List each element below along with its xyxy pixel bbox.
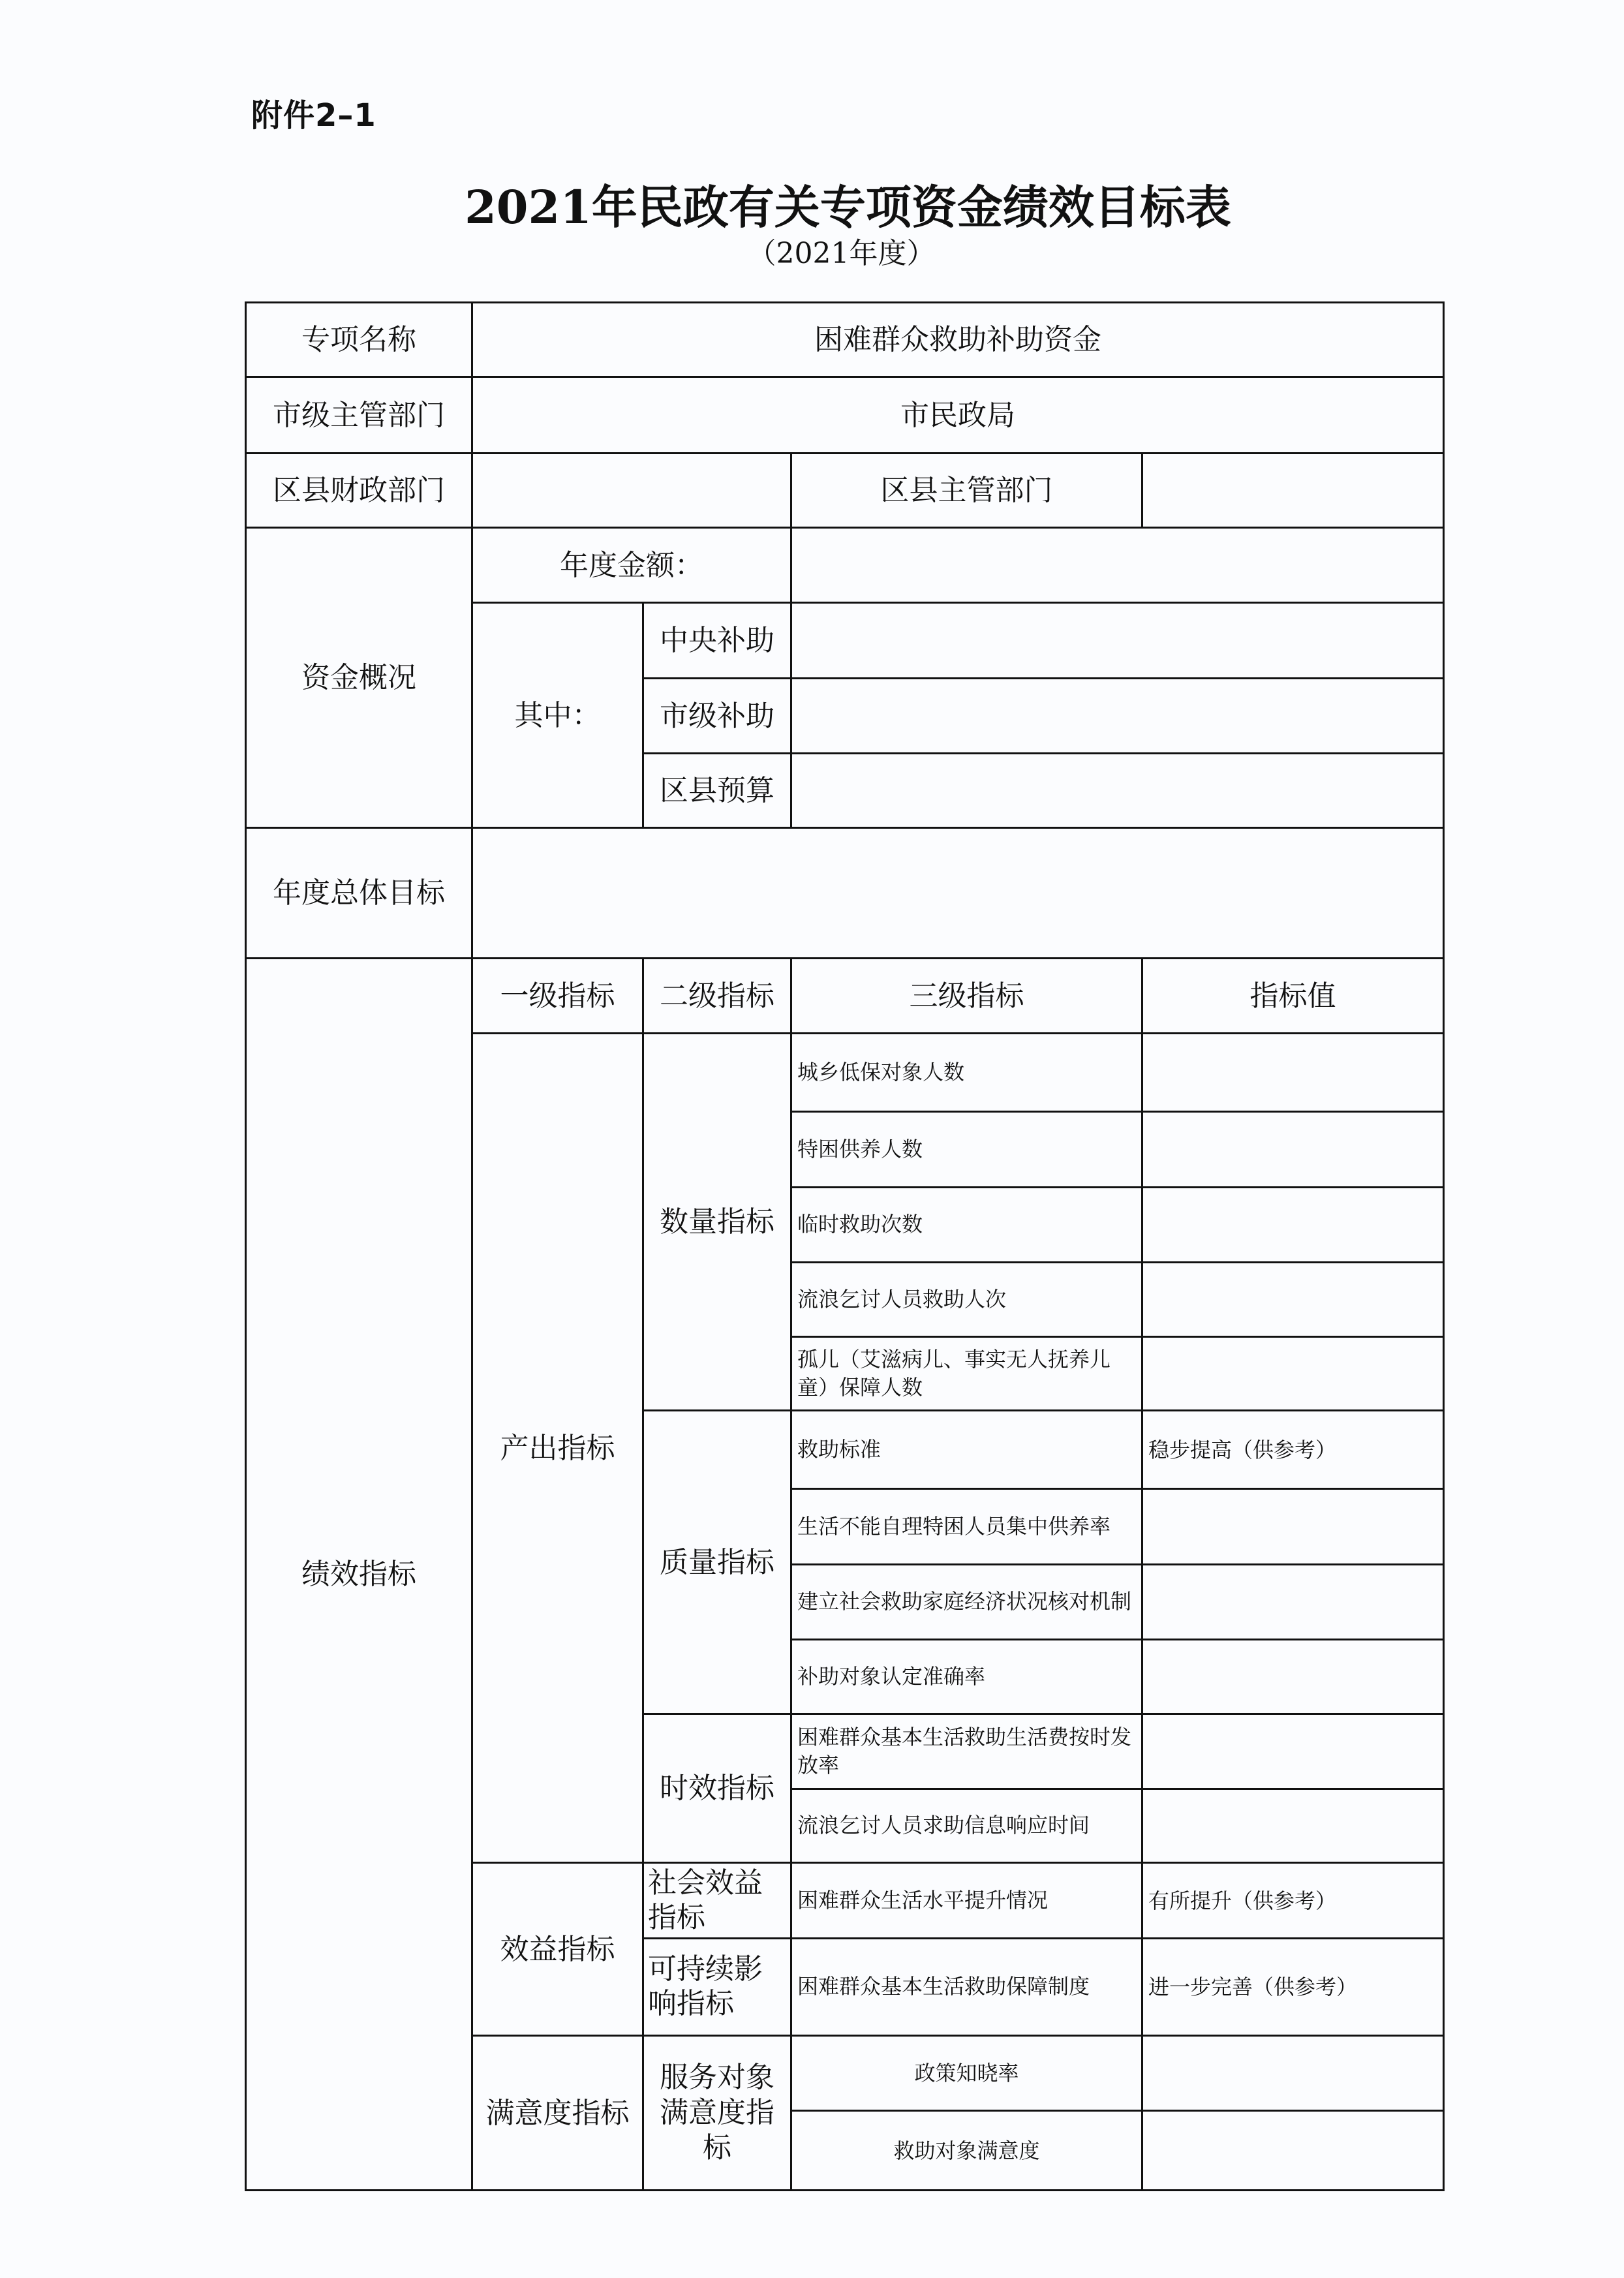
level2-service-satisfaction: 服务对象满意度指标 bbox=[643, 2036, 791, 2191]
annual-amount-value[interactable] bbox=[791, 528, 1444, 603]
indicator-name: 救助对象满意度 bbox=[791, 2111, 1142, 2191]
level2-social-benefit: 社会效益指标 bbox=[643, 1863, 791, 1939]
indicator-name: 流浪乞讨人员求助信息响应时间 bbox=[791, 1789, 1142, 1863]
central-subsidy-label: 中央补助 bbox=[643, 603, 791, 679]
indicator-name: 流浪乞讨人员救助人次 bbox=[791, 1263, 1142, 1337]
level2-quality: 质量指标 bbox=[643, 1411, 791, 1714]
header-level3: 三级指标 bbox=[791, 959, 1142, 1034]
attachment-label: 附件2–1 bbox=[251, 90, 376, 135]
indicator-name: 孤儿（艾滋病儿、事实无人抚养儿童）保障人数 bbox=[791, 1337, 1142, 1411]
indicator-value[interactable]: 有所提升（供参考） bbox=[1142, 1863, 1444, 1939]
annual-goal-label: 年度总体目标 bbox=[246, 828, 472, 959]
district-dept-value[interactable] bbox=[1142, 454, 1444, 528]
project-name-value[interactable]: 困难群众救助补助资金 bbox=[472, 303, 1444, 377]
district-budget-label: 区县预算 bbox=[643, 754, 791, 828]
indicator-value[interactable] bbox=[1142, 1714, 1444, 1789]
district-finance-label: 区县财政部门 bbox=[246, 454, 472, 528]
performance-indicators-label: 绩效指标 bbox=[246, 959, 472, 2191]
district-budget-value[interactable] bbox=[791, 754, 1444, 828]
row-annual-amount: 资金概况 年度金额： bbox=[246, 528, 1444, 603]
indicator-name: 特困供养人数 bbox=[791, 1112, 1142, 1188]
city-subsidy-label: 市级补助 bbox=[643, 679, 791, 754]
row-district-depts: 区县财政部门 区县主管部门 bbox=[246, 454, 1444, 528]
row-city-dept: 市级主管部门 市民政局 bbox=[246, 377, 1444, 454]
indicator-name: 生活不能自理特困人员集中供养率 bbox=[791, 1489, 1142, 1565]
city-dept-label: 市级主管部门 bbox=[246, 377, 472, 454]
indicator-value[interactable] bbox=[1142, 1188, 1444, 1263]
indicator-value[interactable] bbox=[1142, 1489, 1444, 1565]
city-dept-value[interactable]: 市民政局 bbox=[472, 377, 1444, 454]
indicator-value[interactable] bbox=[1142, 1263, 1444, 1337]
level1-benefit: 效益指标 bbox=[472, 1863, 643, 2036]
indicator-name: 城乡低保对象人数 bbox=[791, 1034, 1142, 1112]
level1-output: 产出指标 bbox=[472, 1034, 643, 1863]
indicator-value[interactable]: 稳步提高（供参考） bbox=[1142, 1411, 1444, 1489]
header-level1: 一级指标 bbox=[472, 959, 643, 1034]
funds-overview-label: 资金概况 bbox=[246, 528, 472, 828]
central-subsidy-value[interactable] bbox=[791, 603, 1444, 679]
indicator-name: 困难群众基本生活救助保障制度 bbox=[791, 1939, 1142, 2036]
header-value: 指标值 bbox=[1142, 959, 1444, 1034]
project-name-label: 专项名称 bbox=[246, 303, 472, 377]
indicator-value[interactable]: 进一步完善（供参考） bbox=[1142, 1939, 1444, 2036]
indicator-name: 临时救助次数 bbox=[791, 1188, 1142, 1263]
annual-amount-label: 年度金额： bbox=[472, 528, 791, 603]
level2-timeliness: 时效指标 bbox=[643, 1714, 791, 1863]
row-perf-header: 绩效指标 一级指标 二级指标 三级指标 指标值 bbox=[246, 959, 1444, 1034]
page-title: 2021年民政有关专项资金绩效目标表 bbox=[0, 171, 1624, 237]
indicator-value[interactable] bbox=[1142, 2111, 1444, 2191]
indicator-name: 困难群众生活水平提升情况 bbox=[791, 1863, 1142, 1939]
district-dept-label: 区县主管部门 bbox=[791, 454, 1142, 528]
indicator-value[interactable] bbox=[1142, 2036, 1444, 2111]
indicator-value[interactable] bbox=[1142, 1112, 1444, 1188]
level1-satisfaction: 满意度指标 bbox=[472, 2036, 643, 2191]
annual-goal-value[interactable] bbox=[472, 828, 1444, 959]
indicator-name: 困难群众基本生活救助生活费按时发放率 bbox=[791, 1714, 1142, 1789]
page-subtitle: （2021年度） bbox=[0, 230, 1624, 271]
level2-quantity: 数量指标 bbox=[643, 1034, 791, 1411]
indicator-name: 救助标准 bbox=[791, 1411, 1142, 1489]
district-finance-value[interactable] bbox=[472, 454, 791, 528]
header-level2: 二级指标 bbox=[643, 959, 791, 1034]
indicator-value[interactable] bbox=[1142, 1034, 1444, 1112]
indicator-value[interactable] bbox=[1142, 1789, 1444, 1863]
performance-target-table: 专项名称 困难群众救助补助资金 市级主管部门 市民政局 区县财政部门 区县主管部… bbox=[245, 301, 1445, 2191]
indicator-name: 补助对象认定准确率 bbox=[791, 1640, 1142, 1714]
indicator-name: 建立社会救助家庭经济状况核对机制 bbox=[791, 1565, 1142, 1640]
city-subsidy-value[interactable] bbox=[791, 679, 1444, 754]
row-project-name: 专项名称 困难群众救助补助资金 bbox=[246, 303, 1444, 377]
indicator-value[interactable] bbox=[1142, 1565, 1444, 1640]
row-annual-goal: 年度总体目标 bbox=[246, 828, 1444, 959]
indicator-value[interactable] bbox=[1142, 1640, 1444, 1714]
of-which-label: 其中： bbox=[472, 603, 643, 828]
level2-sustainable-impact: 可持续影响指标 bbox=[643, 1939, 791, 2036]
indicator-value[interactable] bbox=[1142, 1337, 1444, 1411]
indicator-name: 政策知晓率 bbox=[791, 2036, 1142, 2111]
